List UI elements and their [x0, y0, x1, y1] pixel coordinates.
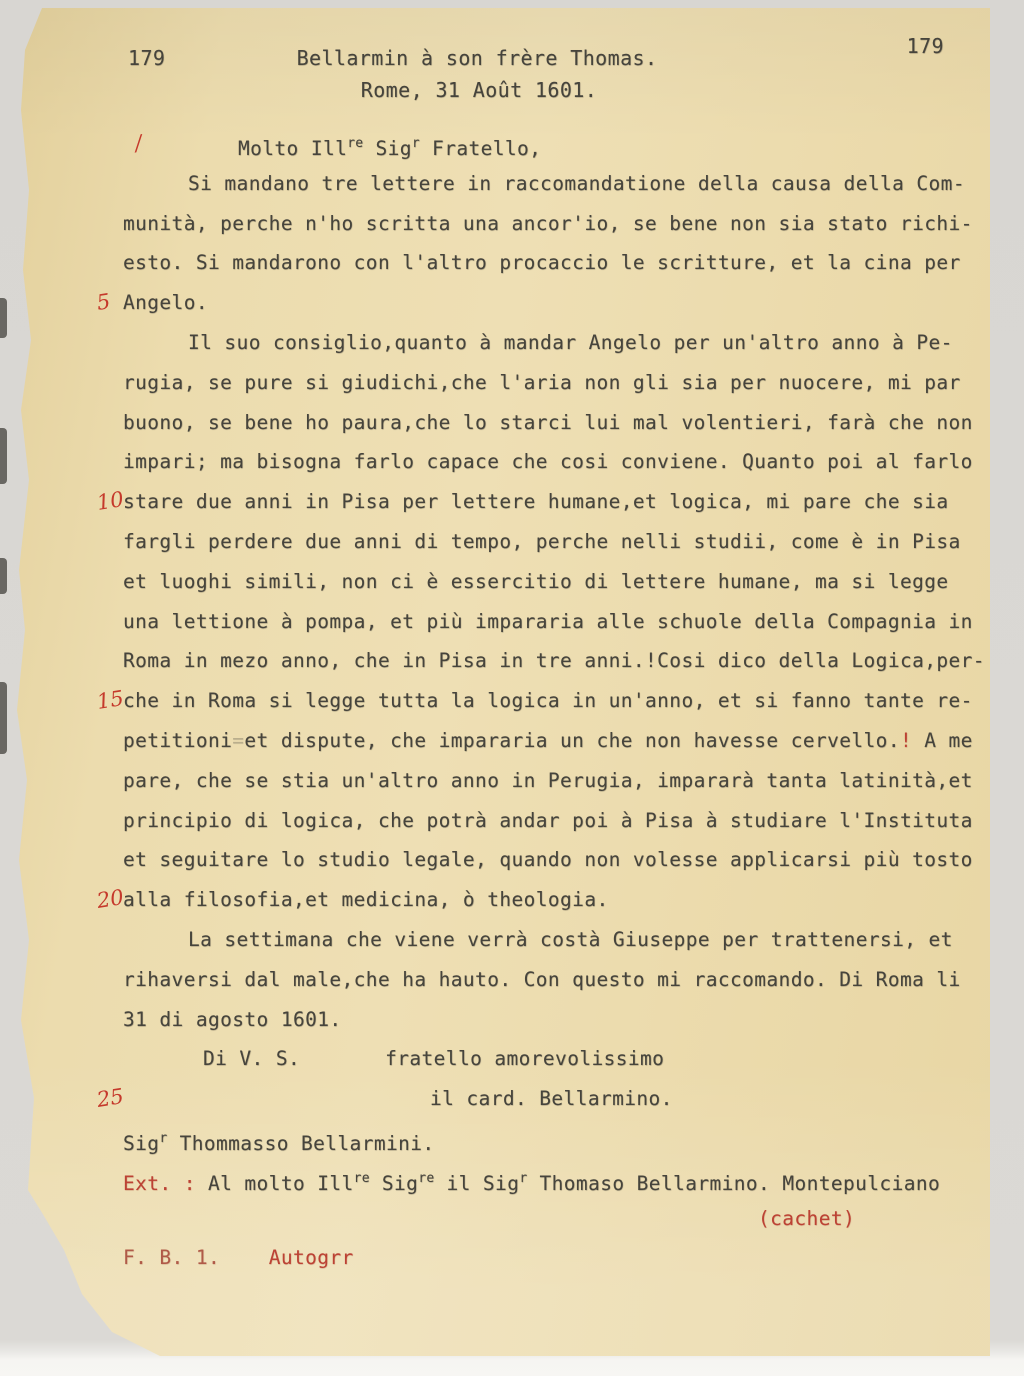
typed-text: fargli perdere due anni di tempo, perche…: [123, 530, 961, 553]
letter-line: et luoghi simili, non ci è essercitio di…: [123, 562, 1003, 602]
typed-red-text: Ext. :: [123, 1172, 196, 1195]
typed-text: impari; ma bisogna farlo capace che cosi…: [123, 450, 973, 473]
dateline: Rome, 31 Août 1601.: [361, 78, 597, 102]
typed-text: principio di logica, che potrà andar poi…: [123, 809, 973, 832]
letter-line: pare, che se stia un'altro anno in Perug…: [123, 761, 1003, 801]
margin-line-number: /: [132, 124, 145, 164]
margin-line-number: 20: [94, 878, 127, 921]
typed-text: rihaversi dal male,che ha hauto. Con que…: [123, 968, 961, 991]
typed-text: [220, 1246, 269, 1269]
typed-text: et dispute, che impararia un che non hav…: [244, 729, 900, 752]
margin-line-number: 25: [94, 1077, 127, 1120]
letter-line: Roma in mezo anno, che in Pisa in tre an…: [123, 641, 1003, 681]
scanned-document-background: 179 Bellarmin à son frère Thomas. 179 Ro…: [0, 0, 1024, 1376]
typed-text: buono, se bene ho paura,che lo starci lu…: [123, 411, 973, 434]
letter-line: Di V. S. fratello amorevolissimo: [123, 1039, 1003, 1079]
scan-edge-artifact: [0, 682, 7, 754]
letter-line: (cachet): [123, 1199, 1003, 1239]
page-number-left: 179: [128, 46, 165, 70]
typed-text: petitioni: [123, 729, 232, 752]
typed-text: Thomaso Bellarmino. Montepulciano: [527, 1172, 940, 1195]
typed-text: re: [347, 136, 363, 151]
letter-line: principio di logica, che potrà andar poi…: [123, 801, 1003, 841]
typed-text: Thommasso Bellarmini.: [167, 1132, 434, 1155]
typed-text: il Sig: [434, 1172, 519, 1195]
letter-line: petitioni=et dispute, che impararia un c…: [123, 721, 1003, 761]
typed-text: Molto Ill: [238, 137, 347, 160]
typed-text: rugia, se pure si giudichi,che l'aria no…: [123, 371, 961, 394]
letter-line: 5Angelo.: [123, 283, 1003, 323]
typed-text: =: [232, 729, 244, 752]
letter-line: La settimana che viene verrà costà Giuse…: [123, 920, 1003, 960]
typed-red-text: !: [900, 729, 912, 752]
letter-line: 31 di agosto 1601.: [123, 1000, 1003, 1040]
typed-text: re: [354, 1171, 370, 1186]
letter-line: fargli perdere due anni di tempo, perche…: [123, 522, 1003, 562]
typed-text: re: [418, 1171, 434, 1186]
letter-line: Sigr Thommasso Bellarmini.: [123, 1119, 1003, 1159]
letter-line: 25il card. Bellarmino.: [123, 1079, 1003, 1119]
typed-text: il card. Bellarmino.: [430, 1087, 673, 1110]
margin-line-number: 5: [94, 282, 113, 323]
typed-text: La settimana che viene verrà costà Giuse…: [188, 928, 953, 951]
letter-line: Si mandano tre lettere in raccomandation…: [123, 164, 1003, 204]
typed-red-text: (cachet): [758, 1207, 855, 1230]
typed-text: Il suo consiglio,quanto à mandar Angelo …: [188, 331, 953, 354]
scan-edge-artifact: [0, 558, 7, 594]
letter-line: rugia, se pure si giudichi,che l'aria no…: [123, 363, 1003, 403]
letter-page: 179 Bellarmin à son frère Thomas. 179 Ro…: [12, 8, 990, 1356]
typed-red-text: Autogrr: [269, 1246, 354, 1269]
typed-text: Fratello,: [420, 137, 541, 160]
typed-text: Sig: [370, 1172, 419, 1195]
typed-text: Sig: [363, 137, 412, 160]
letter-line: munità, perche n'ho scritta una ancor'io…: [123, 204, 1003, 244]
letter-body: /Molto Illre Sigr Fratello,Si mandano tr…: [123, 124, 1003, 1278]
typed-text: Sig: [123, 1132, 159, 1155]
typed-text: che in Roma si legge tutta la logica in …: [123, 689, 973, 712]
typed-text: r: [412, 136, 420, 151]
typed-text: pare, che se stia un'altro anno in Perug…: [123, 769, 973, 792]
typed-text: 31 di agosto 1601.: [123, 1008, 342, 1031]
typed-text: esto. Si mandarono con l'altro procaccio…: [123, 251, 961, 274]
letter-line: 10stare due anni in Pisa per lettere hum…: [123, 482, 1003, 522]
scan-edge-artifact: [0, 298, 7, 338]
typed-text: et seguitare lo studio legale, quando no…: [123, 848, 973, 871]
typed-text: et luoghi simili, non ci è essercitio di…: [123, 570, 949, 593]
typed-text: Di V. S. fratello amorevolissimo: [203, 1047, 664, 1070]
letter-line: 15che in Roma si legge tutta la logica i…: [123, 681, 1003, 721]
typed-text: A me: [912, 729, 973, 752]
letter-line: esto. Si mandarono con l'altro procaccio…: [123, 243, 1003, 283]
typed-text: Al molto Ill: [196, 1172, 354, 1195]
letter-line: impari; ma bisogna farlo capace che cosi…: [123, 442, 1003, 482]
typed-text: Angelo.: [123, 291, 208, 314]
typed-text: stare due anni in Pisa per lettere human…: [123, 490, 949, 513]
letter-line: et seguitare lo studio legale, quando no…: [123, 840, 1003, 880]
typed-text: una lettione à pompa, et più impararia a…: [123, 610, 973, 633]
letter-line: Il suo consiglio,quanto à mandar Angelo …: [123, 323, 1003, 363]
letter-line: F. B. 1. Autogrr: [123, 1238, 1003, 1278]
letter-line: Ext. : Al molto Illre Sigre il Sigr Thom…: [123, 1159, 1003, 1199]
letter-line: una lettione à pompa, et più impararia a…: [123, 602, 1003, 642]
letter-line: /Molto Illre Sigr Fratello,: [123, 124, 1003, 164]
page-title: Bellarmin à son frère Thomas.: [297, 46, 658, 70]
typed-text: munità, perche n'ho scritta una ancor'io…: [123, 212, 973, 235]
scan-edge-artifact: [0, 428, 7, 484]
letter-line: rihaversi dal male,che ha hauto. Con que…: [123, 960, 1003, 1000]
margin-line-number: 10: [94, 480, 127, 523]
typed-text: Si mandano tre lettere in raccomandation…: [188, 172, 965, 195]
typed-text: Roma in mezo anno, che in Pisa in tre an…: [123, 649, 985, 672]
typed-text: alla filosofia,et medicina, ò theologia.: [123, 888, 609, 911]
letter-line: buono, se bene ho paura,che lo starci lu…: [123, 403, 1003, 443]
margin-line-number: 15: [94, 679, 127, 722]
letter-line: 20alla filosofia,et medicina, ò theologi…: [123, 880, 1003, 920]
page-number-right: 179: [907, 34, 944, 58]
typed-red-text: F. B. 1.: [123, 1246, 220, 1269]
